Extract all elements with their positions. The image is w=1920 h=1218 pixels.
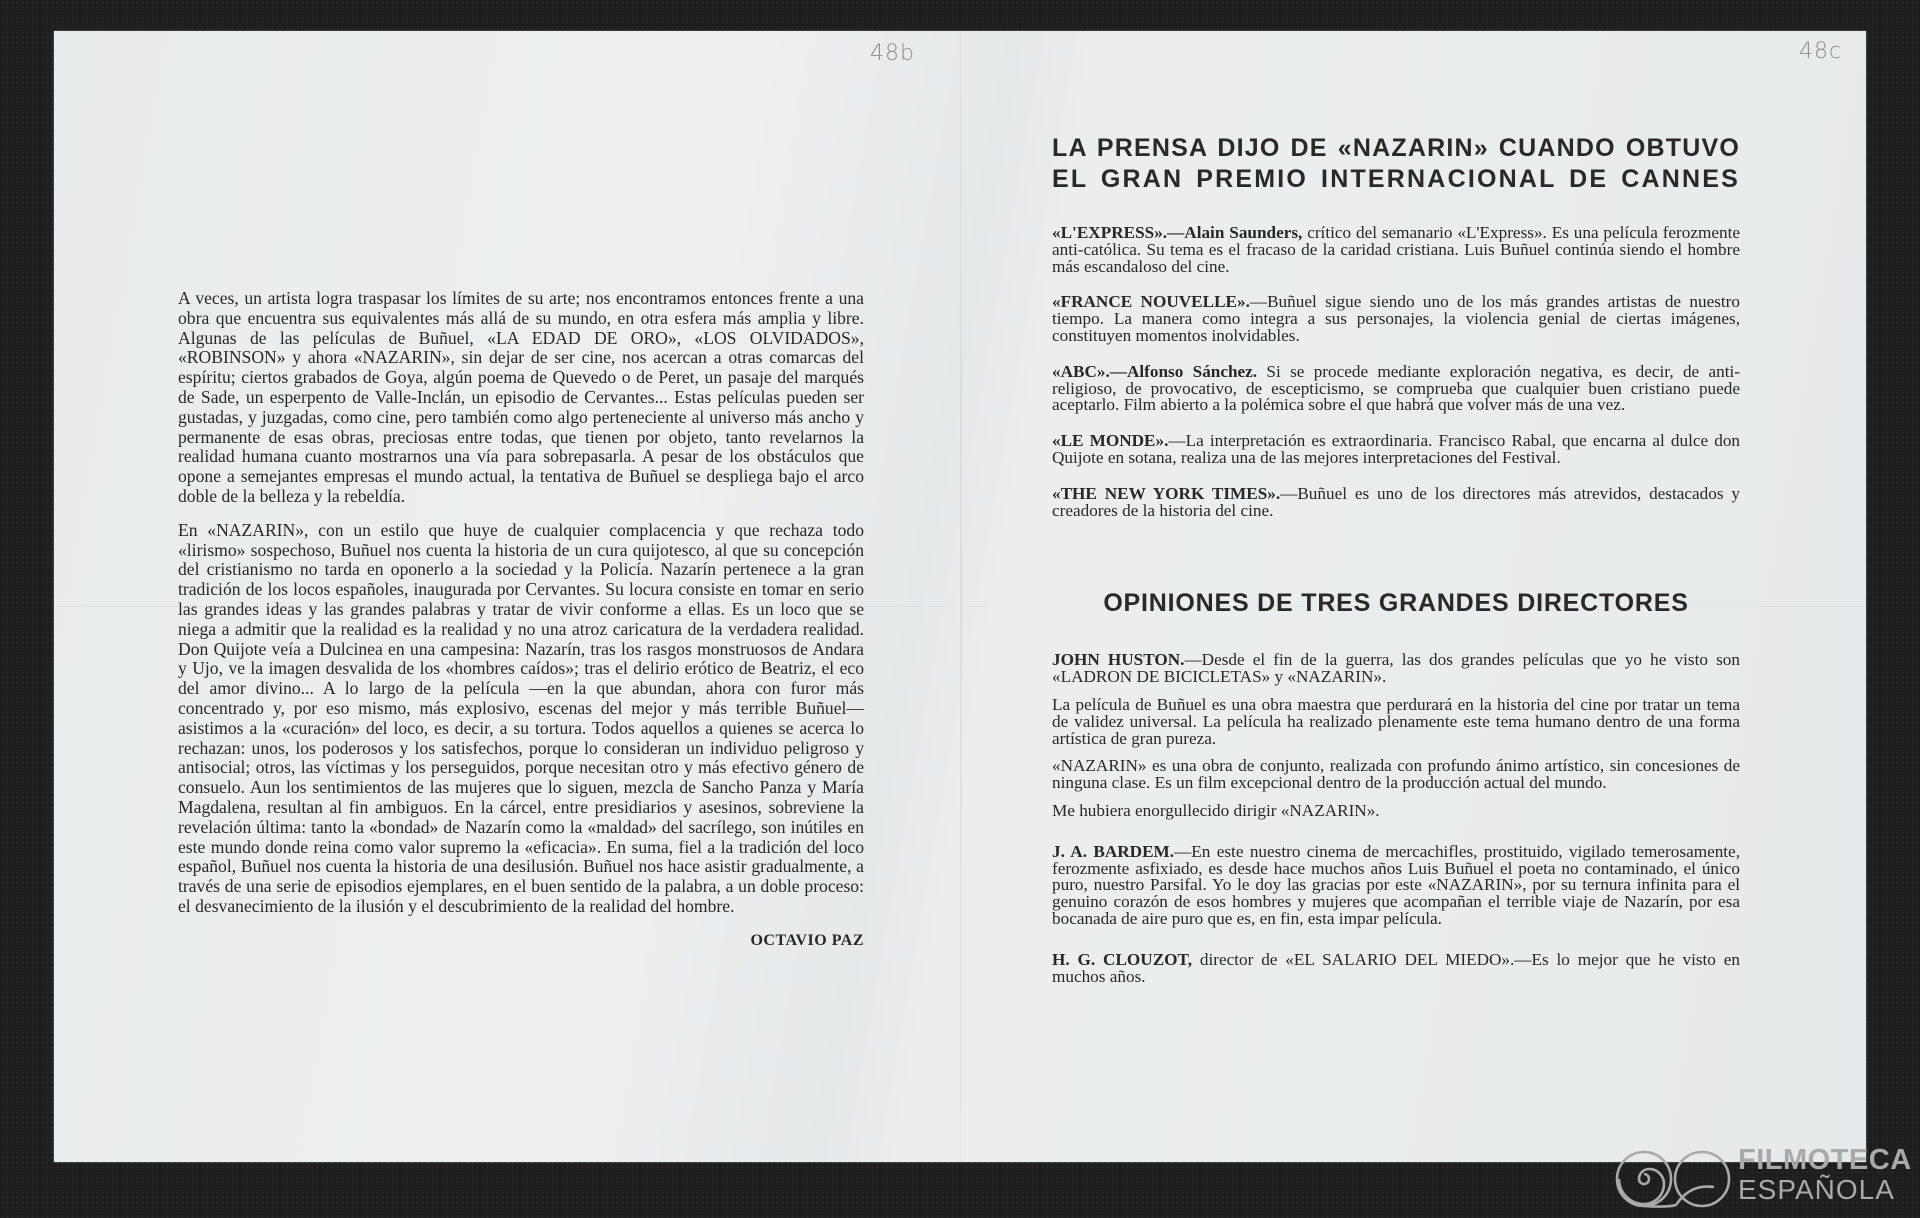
watermark-line-2: ESPAÑOLA (1738, 1175, 1912, 1205)
press-quote-abc: «ABC».—Alfonso Sánchez. Si se procede me… (1052, 364, 1740, 414)
directors-section-heading: OPINIONES DE TRES GRANDES DIRECTORES (1052, 589, 1740, 618)
press-section-heading: LA PRENSA DIJO DE «NAZARIN» CUANDO OBTUV… (1052, 133, 1740, 195)
director-paragraph: La película de Buñuel es una obra maestr… (1052, 697, 1740, 747)
press-quotes: «L'EXPRESS».—Alain Saunders, crítico del… (1052, 225, 1740, 519)
director-paragraph: J. A. BARDEM.—En este nuestro cinema de … (1052, 844, 1740, 928)
handwritten-page-mark-left: 48b (870, 41, 915, 66)
press-heading-line-2: EL GRAN PREMIO INTERNACIONAL DE CANNES (1052, 164, 1740, 195)
press-heading-line-1: LA PRENSA DIJO DE «NAZARIN» CUANDO OBTUV… (1052, 133, 1740, 164)
press-quote-lexpress: «L'EXPRESS».—Alain Saunders, crítico del… (1052, 225, 1740, 275)
scanned-leaflet: 48b 48c A veces, un artista logra traspa… (54, 31, 1866, 1162)
director-opinion-clouzot: H. G. CLOUZOT, director de «EL SALARIO D… (1052, 952, 1740, 986)
handwritten-page-mark-right: 48c (1799, 39, 1842, 64)
center-fold-crease (960, 31, 962, 1162)
spiral-film-reel-icon (1614, 1145, 1732, 1215)
director-opinion-bardem: J. A. BARDEM.—En este nuestro cinema de … (1052, 844, 1740, 928)
watermark-text: FILMOTECA ESPAÑOLA (1738, 1145, 1912, 1205)
essay-author-signature: OCTAVIO PAZ (178, 931, 864, 951)
director-opinion-huston: JOHN HUSTON.—Desde el fin de la guerra, … (1052, 652, 1740, 819)
director-paragraph: H. G. CLOUZOT, director de «EL SALARIO D… (1052, 952, 1740, 986)
filmoteca-espanola-watermark: FILMOTECA ESPAÑOLA (1614, 1145, 1914, 1215)
reviews-column: LA PRENSA DIJO DE «NAZARIN» CUANDO OBTUV… (1052, 133, 1740, 1009)
essay-paragraph: En «NAZARIN», con un estilo que huye de … (178, 521, 864, 917)
essay-column: A veces, un artista logra traspasar los … (178, 289, 864, 951)
press-quote-nyt: «THE NEW YORK TIMES».—Buñuel es uno de l… (1052, 486, 1740, 520)
watermark-line-1: FILMOTECA (1738, 1145, 1912, 1175)
essay-paragraph: A veces, un artista logra traspasar los … (178, 289, 864, 507)
press-quote-le-monde: «LE MONDE».—La interpretación es extraor… (1052, 433, 1740, 467)
director-paragraph: «NAZARIN» es una obra de conjunto, reali… (1052, 758, 1740, 792)
director-paragraph: JOHN HUSTON.—Desde el fin de la guerra, … (1052, 652, 1740, 686)
press-quote-france-nouvelle: «FRANCE NOUVELLE».—Buñuel sigue siendo u… (1052, 294, 1740, 344)
director-paragraph: Me hubiera enorgullecido dirigir «NAZARI… (1052, 803, 1740, 820)
